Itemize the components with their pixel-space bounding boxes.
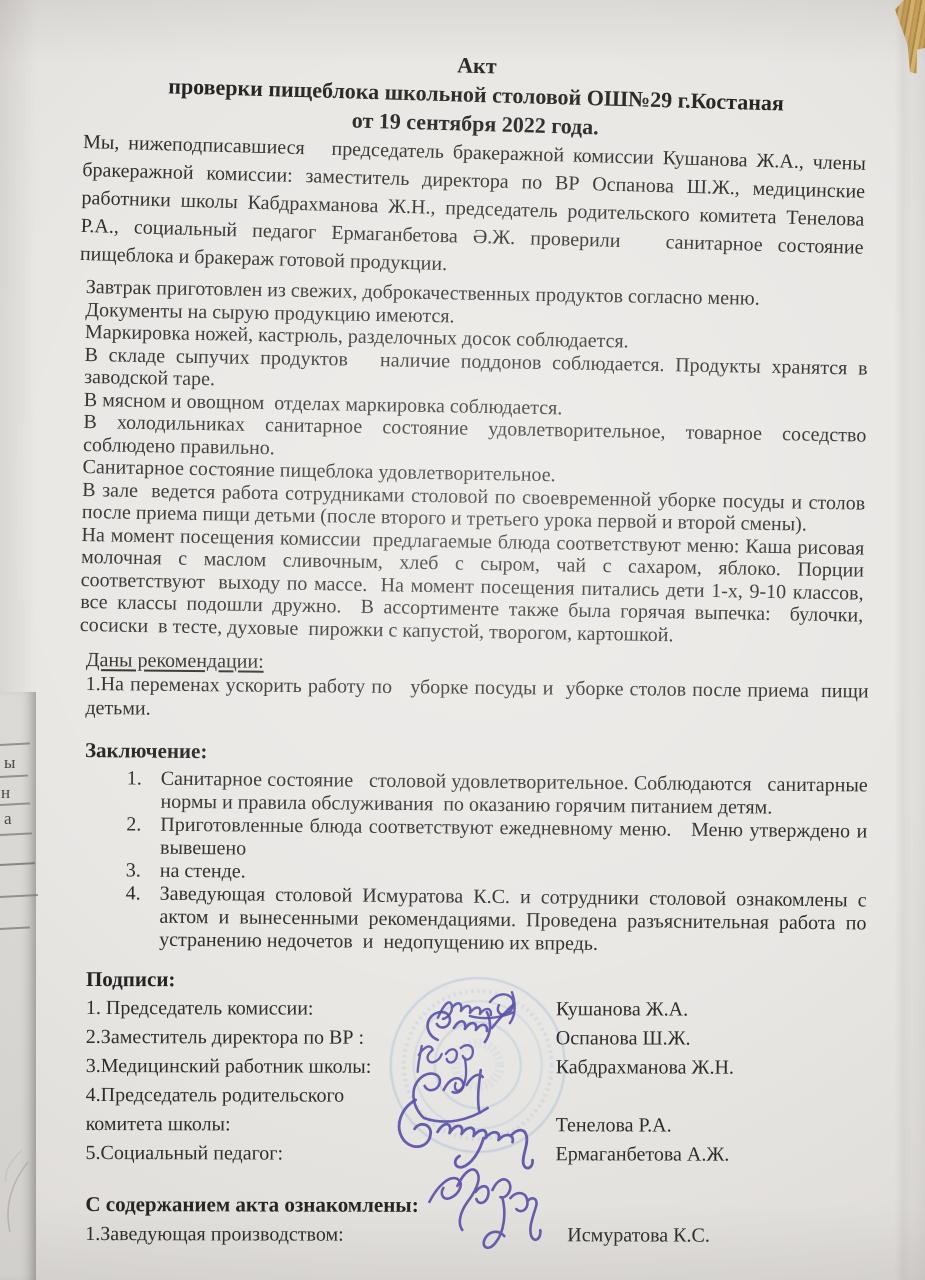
underlay-rule-line xyxy=(0,775,28,778)
signature-label: комитета школы: xyxy=(86,1110,869,1141)
signature-name: Ермаганбетова А.Ж. xyxy=(555,1140,729,1169)
underlying-page-fragment: а xyxy=(4,810,12,827)
signature-name: Оспанова Ш.Ж. xyxy=(556,1024,691,1053)
underlay-rule-line xyxy=(0,742,30,746)
signature-label: 3.Медицинский работник школы: xyxy=(86,1055,372,1078)
conclusion-item-number: 2. xyxy=(126,813,160,859)
signature-row: 1. Председатель комиссии: Кушанова Ж.А. xyxy=(86,994,869,1025)
findings-section: Завтрак приготовлен из свежих, доброкаче… xyxy=(80,276,869,650)
conclusion-item-number: 4. xyxy=(125,882,160,951)
signature-name: Кушанова Ж.А. xyxy=(556,995,688,1024)
underlying-page-strip: ы н а xyxy=(0,692,36,1280)
acknowledgement-name: Исмуратова К.С. xyxy=(567,1220,710,1250)
underlay-rule-line xyxy=(0,894,38,898)
signature-name: Тенелова Р.А. xyxy=(556,1111,672,1140)
conclusion-item-text: Санитарное состояние столовой удовлетвор… xyxy=(160,768,867,821)
conclusion-item-number: 3. xyxy=(126,859,160,882)
conclusion-item-text: Заведующая столовой Исмуратова К.С. и со… xyxy=(159,883,867,959)
signature-row: 3.Медицинский работник школы: Кабдрахман… xyxy=(86,1052,869,1083)
signature-row: 4.Председатель родительского комитета шк… xyxy=(86,1081,869,1141)
intro-paragraph: Мы, нижеподписавшиеся председатель браке… xyxy=(80,128,867,290)
signatures-block: Подписи: 1. Председатель комиссии: Кушан… xyxy=(85,965,869,1251)
conclusion-heading: Заключение: xyxy=(85,738,868,771)
underlay-rule-line xyxy=(0,832,32,836)
signature-row: 2.Заместитель директора по ВР : Оспанова… xyxy=(86,1023,869,1054)
signature-label: 5.Социальный педагог: xyxy=(85,1142,283,1165)
signature-label: 2.Заместитель директора по ВР : xyxy=(86,1026,364,1049)
finding-paragraph: На момент посещения комиссии предлагаемы… xyxy=(80,523,865,649)
acknowledgement-heading: С содержанием акта ознакомлены: xyxy=(85,1190,868,1221)
conclusion-item: 4. Заведующая столовой Исмуратова К.С. и… xyxy=(83,882,867,959)
underlying-page-fragment: н xyxy=(1,784,10,801)
scanned-document-page: ы н а Акт проверки пищеблока школьной ст… xyxy=(0,0,925,1280)
paper-crease xyxy=(894,0,912,1280)
underlay-rule-line xyxy=(0,926,30,930)
signatures-heading: Подписи: xyxy=(86,965,869,996)
desk-corner xyxy=(895,0,925,80)
recommendation-item: 1.На переменах ускорить работу по уборке… xyxy=(85,672,868,728)
signature-name: Кабдрахманова Ж.Н. xyxy=(556,1053,734,1082)
conclusion-item: 2. Приготовленные блюда соответствуют еж… xyxy=(84,813,867,867)
conclusion-item: 1. Санитарное состояние столовой удовлет… xyxy=(84,767,867,821)
signature-label: 4.Председатель родительского xyxy=(86,1081,869,1112)
conclusion-list: 1. Санитарное состояние столовой удовлет… xyxy=(83,767,868,959)
acknowledgement-label: 1.Заведующая производством: xyxy=(85,1223,343,1246)
underlying-page-fragment: ы xyxy=(4,754,15,771)
acknowledgement-row: 1.Заведующая производством: Исмуратова К… xyxy=(85,1219,868,1251)
conclusion-item-text: Приготовленные блюда соответствуют ежедн… xyxy=(160,814,867,867)
conclusion-item-number: 1. xyxy=(126,767,160,813)
underlay-rule-line xyxy=(0,862,35,866)
underlay-rule-line xyxy=(0,802,30,806)
document-content: Акт проверки пищеблока школьной столовой… xyxy=(86,0,869,1249)
recommendations-section: Даны рекомендации: 1.На переменах ускори… xyxy=(85,648,869,728)
signature-label: 1. Председатель комиссии: xyxy=(86,997,314,1020)
signature-row: 5.Социальный педагог: Ермаганбетова А.Ж. xyxy=(85,1139,868,1170)
